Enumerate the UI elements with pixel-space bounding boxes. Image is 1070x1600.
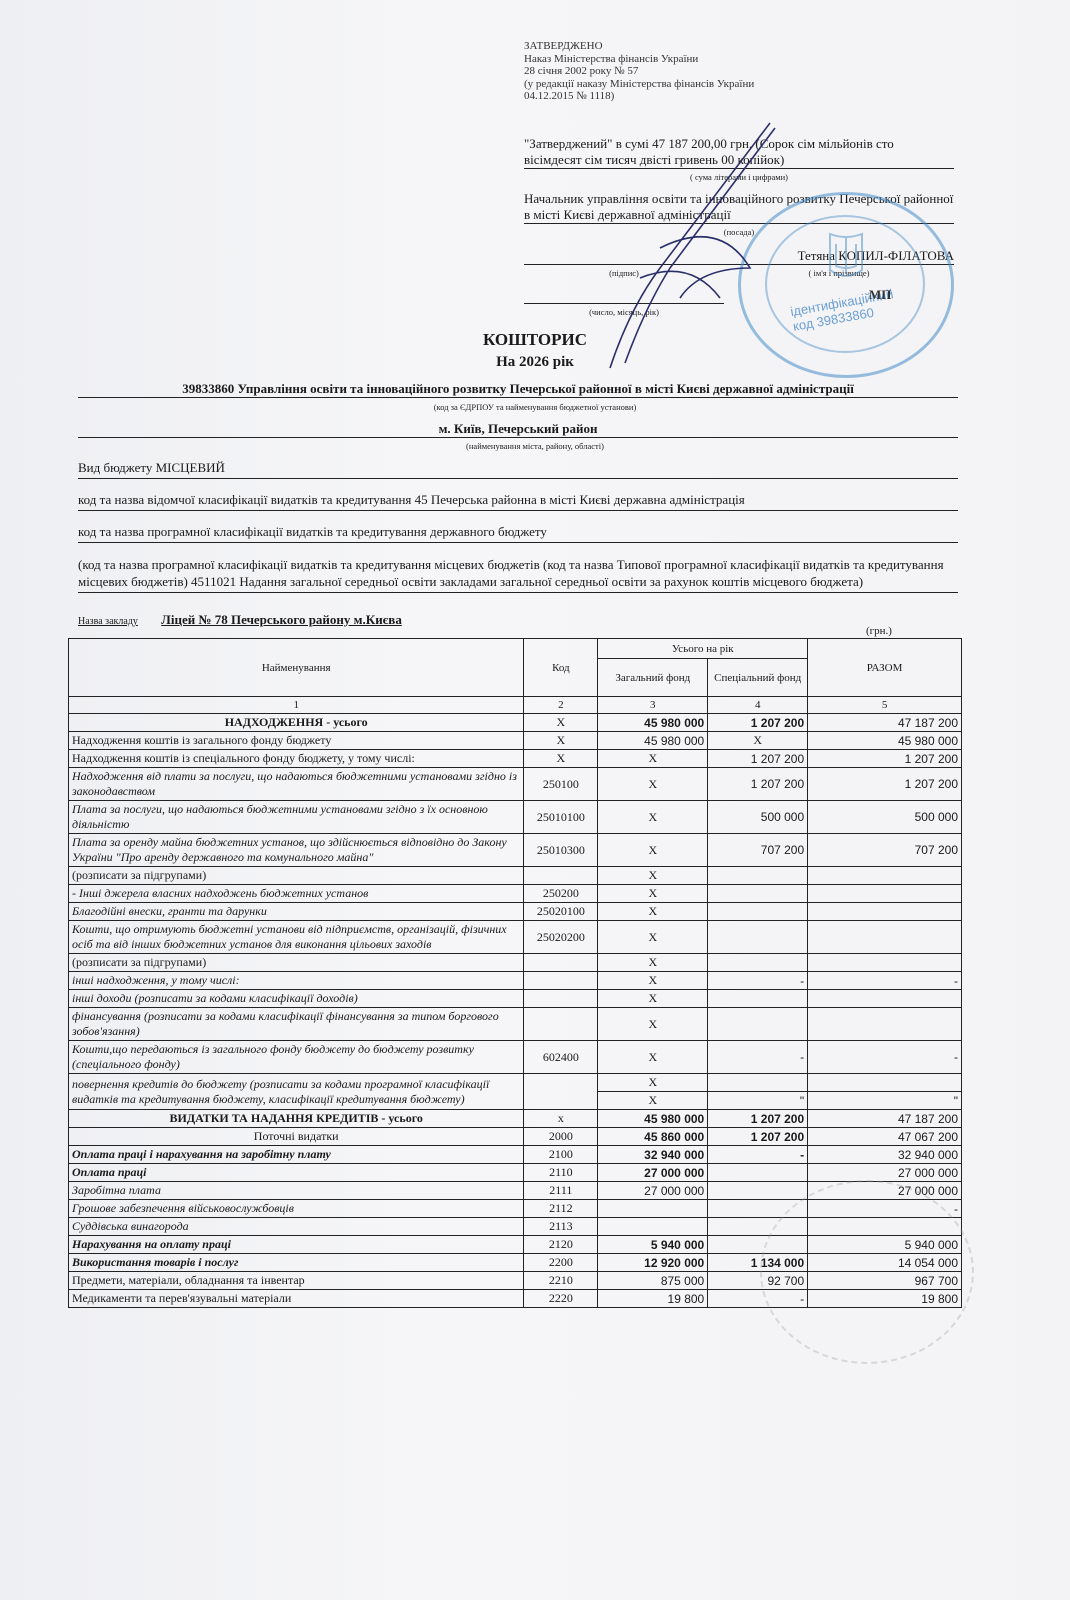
row-code: 2111 — [524, 1182, 598, 1200]
approval-header: ЗАТВЕРДЖЕНО Наказ Міністерства фінансів … — [524, 40, 754, 103]
row-total — [808, 921, 962, 954]
row-total: 47 067 200 — [808, 1128, 962, 1146]
table-row: Надходження коштів із загального фонду б… — [69, 732, 962, 750]
row-special — [708, 921, 808, 954]
col-number: 1 — [69, 697, 524, 714]
row-total: 45 980 000 — [808, 732, 962, 750]
row-name: Предмети, матеріали, обладнання та інвен… — [69, 1272, 524, 1290]
row-code: 2220 — [524, 1290, 598, 1308]
row-code: 2210 — [524, 1272, 598, 1290]
row-code: 2110 — [524, 1164, 598, 1182]
header-special-fund: Спеціальний фонд — [708, 659, 808, 697]
row-name: Заробітна плата — [69, 1182, 524, 1200]
table-row: Кошти, що отримують бюджетні установи ві… — [69, 921, 962, 954]
row-general: 27 000 000 — [598, 1182, 708, 1200]
approval-line: 28 січня 2002 року № 57 — [524, 65, 754, 78]
row-special — [708, 867, 808, 885]
row-total: - — [808, 1041, 962, 1074]
row-name: Плата за оренду майна бюджетних установ,… — [69, 834, 524, 867]
row-general: X — [598, 867, 708, 885]
row-name: Надходження коштів із загального фонду б… — [69, 732, 524, 750]
row-general: 45 980 000 — [598, 732, 708, 750]
row-special — [708, 903, 808, 921]
row-name: фінансування (розписати за кодами класиф… — [69, 1008, 524, 1041]
row-name: інші доходи (розписати за кодами класифі… — [69, 990, 524, 1008]
row-total — [808, 1008, 962, 1041]
row-total — [808, 954, 962, 972]
table-row: - Інші джерела власних надходжень бюджет… — [69, 885, 962, 903]
row-name: інші надходження, у тому числі: — [69, 972, 524, 990]
row-code: 602400 — [524, 1041, 598, 1074]
row-name: Кошти, що отримують бюджетні установи ві… — [69, 921, 524, 954]
row-total: 32 940 000 — [808, 1146, 962, 1164]
row-special: - — [708, 972, 808, 990]
row-total: 707 200 — [808, 834, 962, 867]
table-row: інші доходи (розписати за кодами класифі… — [69, 990, 962, 1008]
row-special: 1 207 200 — [708, 768, 808, 801]
row-special — [708, 1164, 808, 1182]
row-code — [524, 954, 598, 972]
row-code: 2200 — [524, 1254, 598, 1272]
row-code — [524, 972, 598, 990]
budget-type: Вид бюджету МІСЦЕВИЙ — [78, 460, 958, 479]
row-special — [708, 1074, 808, 1092]
row-name: Оплата праці і нарахування на заробітну … — [69, 1146, 524, 1164]
row-total — [808, 1074, 962, 1092]
row-name: повернення кредитів до бюджету (розписат… — [69, 1074, 524, 1110]
city-caption: (найменування міста, району, області) — [0, 441, 1070, 451]
row-name: Надходження коштів із спеціального фонду… — [69, 750, 524, 768]
row-name: Використання товарів і послуг — [69, 1254, 524, 1272]
row-code: 250100 — [524, 768, 598, 801]
row-general: 5 940 000 — [598, 1236, 708, 1254]
row-name: (розписати за підгрупами) — [69, 867, 524, 885]
table-row: Надходження від плати за послуги, що над… — [69, 768, 962, 801]
table-row: ВИДАТКИ ТА НАДАННЯ КРЕДИТІВ - усьогоx45 … — [69, 1110, 962, 1128]
city-name: м. Київ, Печерський район — [78, 421, 958, 438]
row-code: 25020100 — [524, 903, 598, 921]
row-name: Кошти,що передаються із загального фонду… — [69, 1041, 524, 1074]
row-total — [808, 867, 962, 885]
row-special — [708, 885, 808, 903]
header-name: Найменування — [69, 639, 524, 697]
row-total — [808, 990, 962, 1008]
row-name: Медикаменти та перев'язувальні матеріали — [69, 1290, 524, 1308]
row-general: X — [598, 768, 708, 801]
row-general: 19 800 — [598, 1290, 708, 1308]
row-general: X — [598, 1074, 708, 1092]
faint-stamp — [760, 1180, 974, 1364]
row-code: X — [524, 732, 598, 750]
school-label: Назва закладу — [78, 616, 138, 627]
document-page: ЗАТВЕРДЖЕНО Наказ Міністерства фінансів … — [0, 0, 1070, 1600]
row-general: 32 940 000 — [598, 1146, 708, 1164]
row-code: x — [524, 1110, 598, 1128]
row-code — [524, 1008, 598, 1041]
row-special: 1 207 200 — [708, 1110, 808, 1128]
row-name: (розписати за підгрупами) — [69, 954, 524, 972]
row-general: X — [598, 1092, 708, 1110]
row-code: X — [524, 714, 598, 732]
approval-line: Наказ Міністерства фінансів України — [524, 53, 754, 66]
row-code — [524, 990, 598, 1008]
col-number: 2 — [524, 697, 598, 714]
table-row: повернення кредитів до бюджету (розписат… — [69, 1074, 962, 1092]
row-special — [708, 1182, 808, 1200]
table-row: Надходження коштів із спеціального фонду… — [69, 750, 962, 768]
table-row: Благодійні внески, гранти та дарунки2502… — [69, 903, 962, 921]
table-row: НАДХОДЖЕННЯ - усьогоX45 980 0001 207 200… — [69, 714, 962, 732]
row-special: 707 200 — [708, 834, 808, 867]
row-total: 27 000 000 — [808, 1164, 962, 1182]
row-special: X — [708, 732, 808, 750]
col-number: 4 — [708, 697, 808, 714]
table-row: Плата за послуги, що надаються бюджетним… — [69, 801, 962, 834]
trident-icon — [826, 230, 866, 285]
row-total: 47 187 200 — [808, 714, 962, 732]
row-general: X — [598, 1008, 708, 1041]
local-program-classification: (код та назва програмної класифікації ви… — [78, 556, 958, 593]
row-total: - — [808, 972, 962, 990]
row-special: 500 000 — [708, 801, 808, 834]
table-row: (розписати за підгрупами)X — [69, 867, 962, 885]
row-general: X — [598, 903, 708, 921]
row-code: 250200 — [524, 885, 598, 903]
school-field: Назва закладу Ліцей № 78 Печерського рай… — [78, 612, 402, 628]
row-total — [808, 885, 962, 903]
row-name: Оплата праці — [69, 1164, 524, 1182]
document-title: КОШТОРИС — [0, 330, 1070, 350]
row-name: Надходження від плати за послуги, що над… — [69, 768, 524, 801]
header-year-total: Усього на рік — [598, 639, 808, 659]
row-name: НАДХОДЖЕННЯ - усього — [69, 714, 524, 732]
row-name: ВИДАТКИ ТА НАДАННЯ КРЕДИТІВ - усього — [69, 1110, 524, 1128]
school-name: Ліцей № 78 Печерського району м.Києва — [161, 612, 402, 627]
row-code: 25020200 — [524, 921, 598, 954]
row-special: 1 207 200 — [708, 714, 808, 732]
row-code: X — [524, 750, 598, 768]
approval-line: 04.12.2015 № 1118) — [524, 90, 754, 103]
table-row: Оплата праці211027 000 00027 000 000 — [69, 1164, 962, 1182]
header-code: Код — [524, 639, 598, 697]
col-number: 5 — [808, 697, 962, 714]
row-general: X — [598, 885, 708, 903]
row-total: 1 207 200 — [808, 750, 962, 768]
row-code: 2112 — [524, 1200, 598, 1218]
currency-note: (грн.) — [866, 625, 892, 637]
row-general: X — [598, 801, 708, 834]
row-name: Поточні видатки — [69, 1128, 524, 1146]
row-name: Суддівська винагорода — [69, 1218, 524, 1236]
row-general: 45 980 000 — [598, 1110, 708, 1128]
row-code: 2100 — [524, 1146, 598, 1164]
row-special: " — [708, 1092, 808, 1110]
row-special: - — [708, 1146, 808, 1164]
stamp-mp: МП — [869, 287, 891, 303]
row-special: 1 207 200 — [708, 1128, 808, 1146]
row-general: X — [598, 972, 708, 990]
table-row: (розписати за підгрупами)X — [69, 954, 962, 972]
row-general: 27 000 000 — [598, 1164, 708, 1182]
row-general: X — [598, 834, 708, 867]
row-name: Грошове забезпечення військовослужбовців — [69, 1200, 524, 1218]
row-general — [598, 1200, 708, 1218]
row-total: 47 187 200 — [808, 1110, 962, 1128]
row-general: X — [598, 750, 708, 768]
row-general: X — [598, 990, 708, 1008]
row-name: Нарахування на оплату праці — [69, 1236, 524, 1254]
table-row: Кошти,що передаються із загального фонду… — [69, 1041, 962, 1074]
row-code — [524, 867, 598, 885]
institution-caption: (код за ЄДРПОУ та найменування бюджетної… — [0, 402, 1070, 412]
row-code: 25010100 — [524, 801, 598, 834]
row-special: - — [708, 1041, 808, 1074]
row-general: X — [598, 921, 708, 954]
row-special: 1 207 200 — [708, 750, 808, 768]
header-general-fund: Загальний фонд — [598, 659, 708, 697]
document-year: На 2026 рік — [0, 354, 1070, 371]
table-row: Поточні видатки200045 860 0001 207 20047… — [69, 1128, 962, 1146]
row-total: " — [808, 1092, 962, 1110]
table-row: Оплата праці і нарахування на заробітну … — [69, 1146, 962, 1164]
row-general: X — [598, 1041, 708, 1074]
row-name: - Інші джерела власних надходжень бюджет… — [69, 885, 524, 903]
row-name: Благодійні внески, гранти та дарунки — [69, 903, 524, 921]
row-total: 1 207 200 — [808, 768, 962, 801]
row-special — [708, 990, 808, 1008]
table-row: Плата за оренду майна бюджетних установ,… — [69, 834, 962, 867]
row-code: 2113 — [524, 1218, 598, 1236]
approval-line: (у редакції наказу Міністерства фінансів… — [524, 78, 754, 91]
row-total: 500 000 — [808, 801, 962, 834]
row-special — [708, 1008, 808, 1041]
state-program-classification: код та назва програмної класифікації вид… — [78, 524, 958, 543]
row-code: 2000 — [524, 1128, 598, 1146]
row-code: 2120 — [524, 1236, 598, 1254]
row-name: Плата за послуги, що надаються бюджетним… — [69, 801, 524, 834]
table-row: інші надходження, у тому числі:X-- — [69, 972, 962, 990]
header-total: РАЗОМ — [808, 639, 962, 697]
department-classification: код та назва відомчої класифікації видат… — [78, 492, 958, 511]
row-general: 875 000 — [598, 1272, 708, 1290]
row-general: 45 980 000 — [598, 714, 708, 732]
row-general: 45 860 000 — [598, 1128, 708, 1146]
approval-line: ЗАТВЕРДЖЕНО — [524, 40, 754, 53]
row-total — [808, 903, 962, 921]
row-code: 25010300 — [524, 834, 598, 867]
row-general — [598, 1218, 708, 1236]
row-special — [708, 954, 808, 972]
institution-name: 39833860 Управління освіти та інноваційн… — [78, 381, 958, 398]
row-general: 12 920 000 — [598, 1254, 708, 1272]
table-row: фінансування (розписати за кодами класиф… — [69, 1008, 962, 1041]
row-code — [524, 1074, 598, 1110]
col-number: 3 — [598, 697, 708, 714]
row-general: X — [598, 954, 708, 972]
